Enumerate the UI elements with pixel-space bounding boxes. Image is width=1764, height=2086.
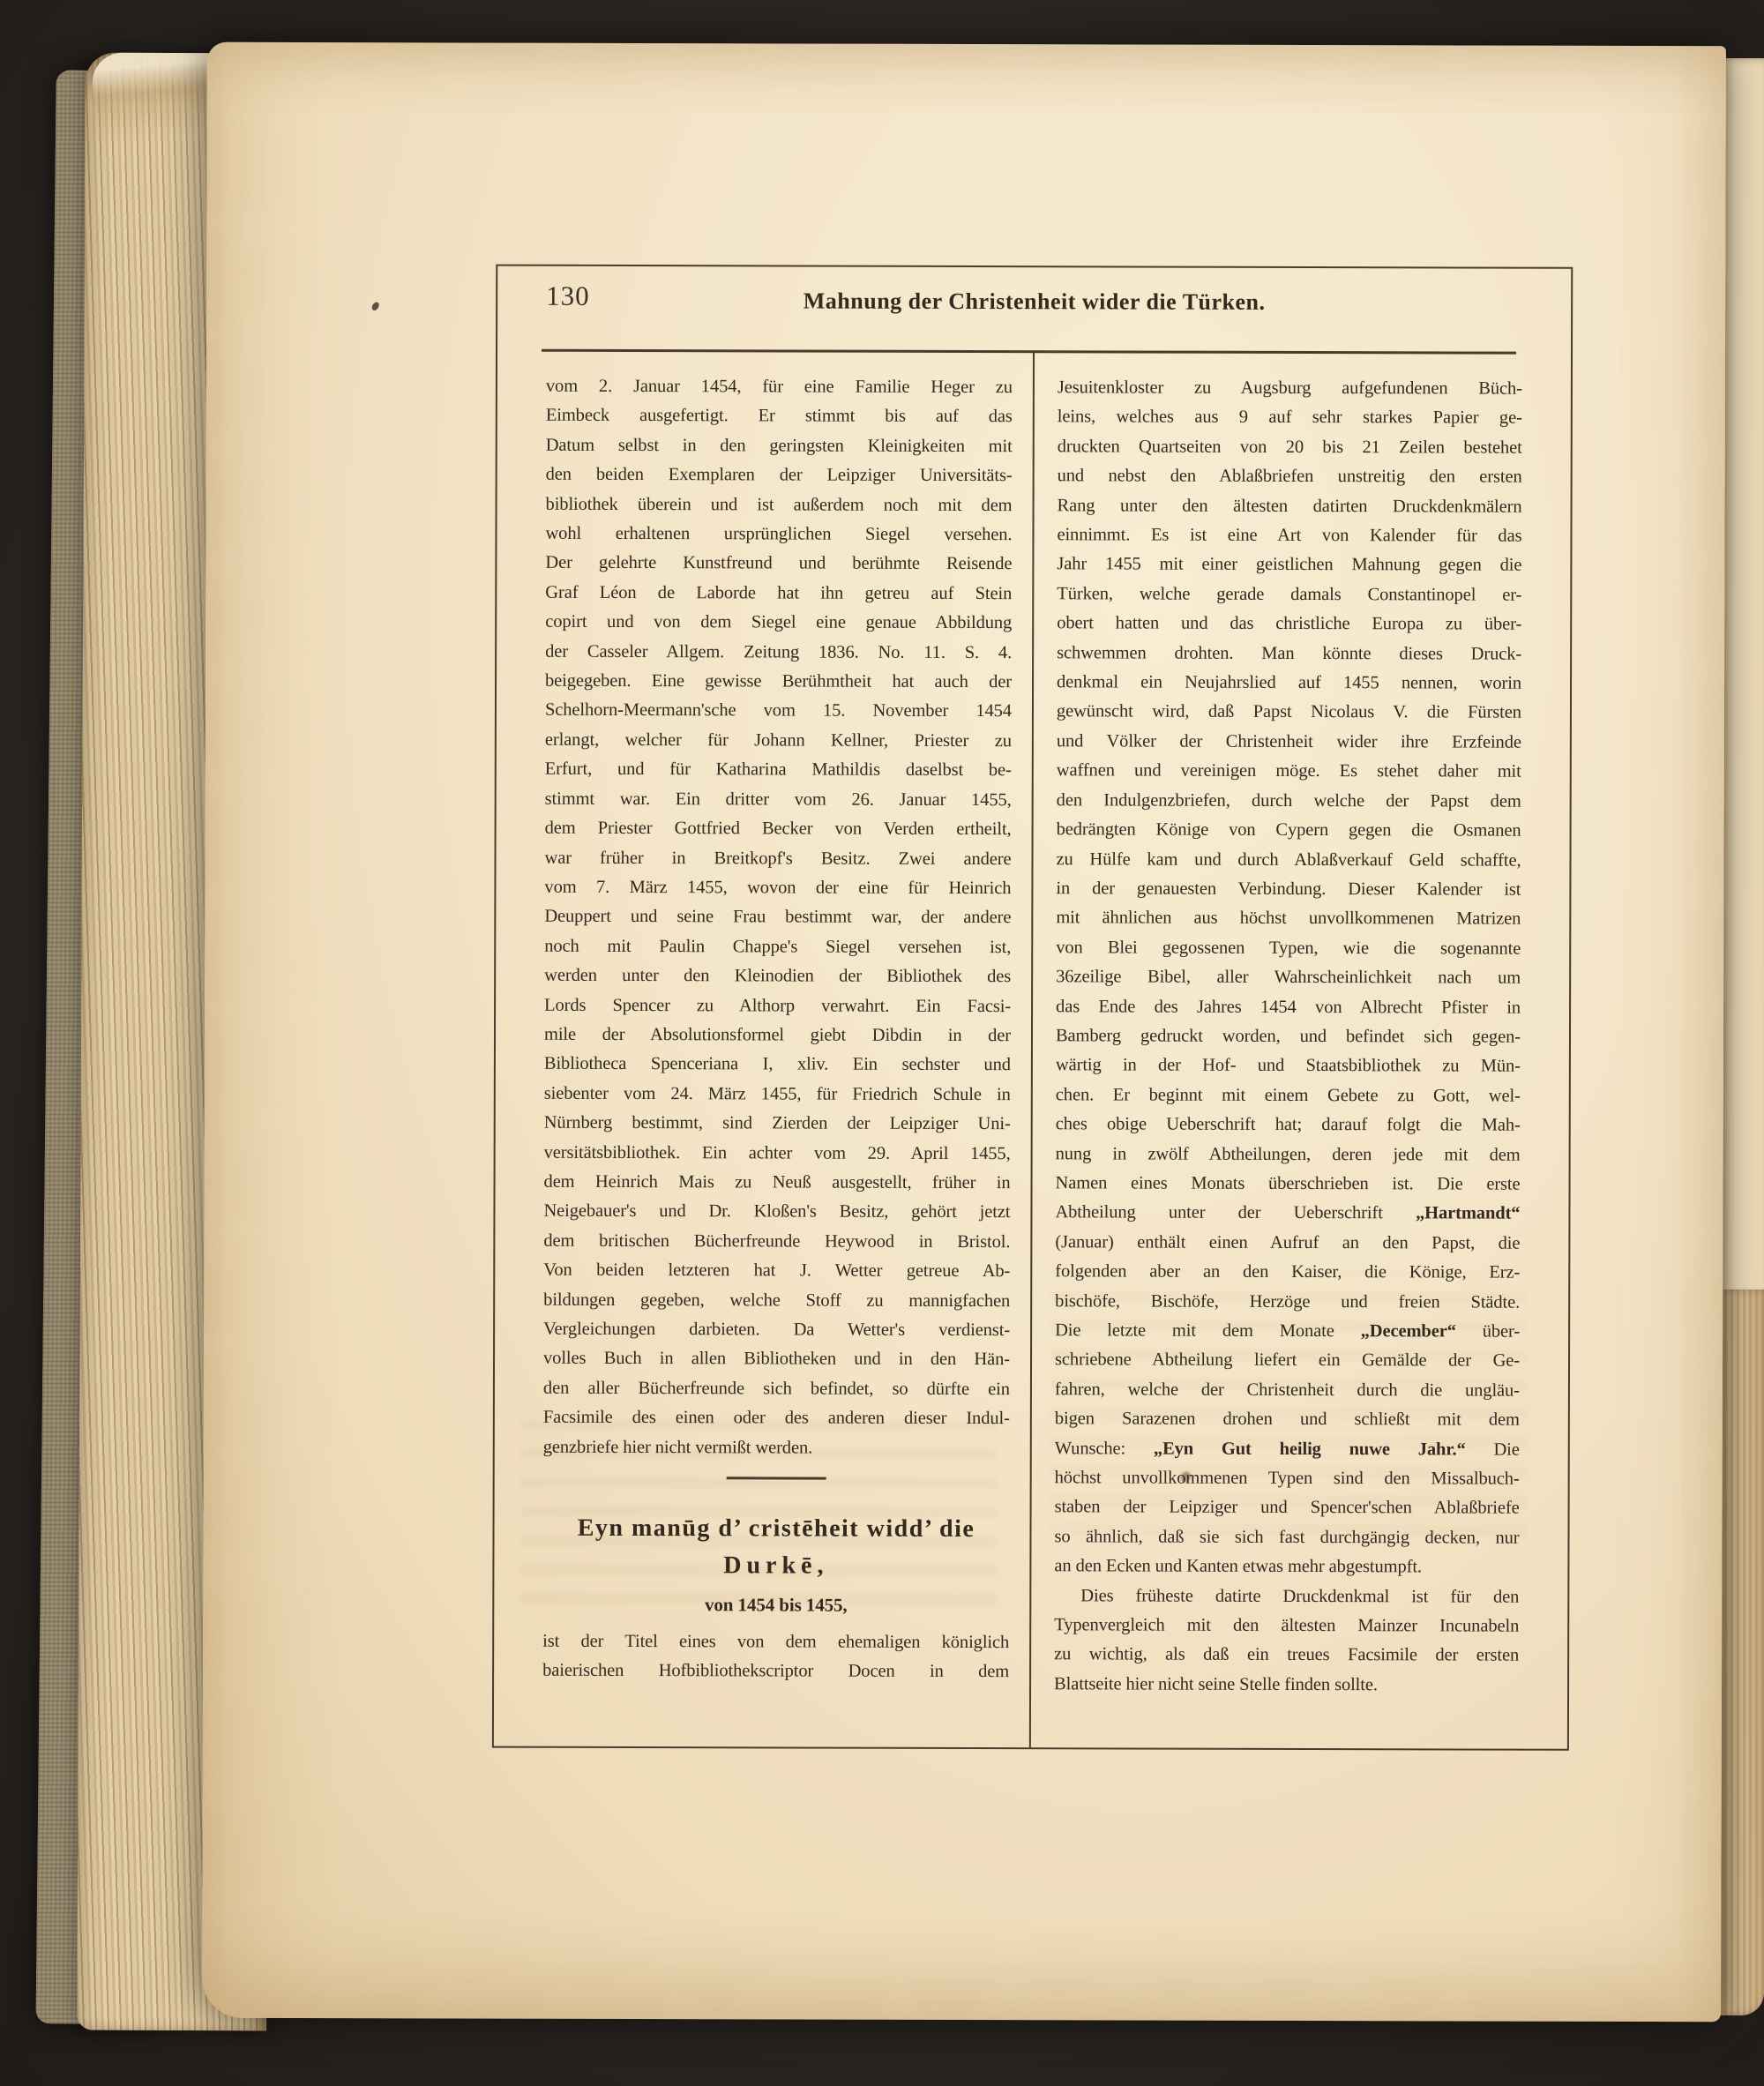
text-line: schriebene Abtheilung liefert ein Gemäld…: [1055, 1346, 1520, 1377]
text-line: und nebst den Ablaßbriefen unstreitig de…: [1058, 461, 1522, 492]
text-line: ist der Titel eines von dem ehemaligen k…: [542, 1627, 1009, 1658]
text-line: Die letzte mit dem Monate „December“ übe…: [1055, 1316, 1520, 1347]
text-line: chen. Er beginnt mit einem Gebete zu Got…: [1056, 1080, 1521, 1111]
text-line: obert hatten und das christliche Europa …: [1057, 609, 1521, 640]
left-column-text: vom 2. Januar 1454, für eine Familie Heg…: [543, 372, 1013, 1463]
text-line: Deuppert und seine Frau bestimmt war, de…: [544, 902, 1011, 933]
text-line: bedrängten Könige von Cypern gegen die O…: [1057, 815, 1521, 846]
text-line: werden unter den Kleinodien der Biblioth…: [544, 961, 1011, 992]
section-title-line2: Durkē,: [542, 1546, 1009, 1586]
text-line: dem britischen Bücherfreunde Heywood in …: [543, 1227, 1010, 1258]
text-line: gewünscht wird, daß Papst Nicolaus V. di…: [1057, 698, 1521, 729]
right-column: Jesuitenkloster zu Augsburg aufgefundene…: [1054, 373, 1522, 1701]
text-line: Dies früheste datirte Druckdenkmal ist f…: [1054, 1581, 1519, 1612]
text-line: wohl erhaltenen ursprünglichen Siegel ve…: [545, 520, 1012, 550]
printed-border-frame: 130 Mahnung der Christenheit wider die T…: [492, 265, 1573, 1751]
text-line: vom 7. März 1455, wovon der eine für Hei…: [544, 873, 1011, 904]
text-line: Neigebauer's und Dr. Kloßen's Besitz, ge…: [543, 1197, 1010, 1228]
text-line: bischöfe, Bischöfe, Herzöge und freien S…: [1055, 1287, 1520, 1318]
text-line: Bibliotheca Spenceriana I, xliv. Ein sec…: [544, 1050, 1011, 1080]
text-line: staben der Leipziger und Spencer'schen A…: [1055, 1493, 1520, 1524]
text-line: versitätsbibliothek. Ein achter vom 29. …: [544, 1138, 1011, 1169]
text-line: höchst unvollkommenen Typen sind den Mis…: [1055, 1463, 1520, 1494]
paragraph: Dies früheste datirte Druckdenkmal ist f…: [1054, 1581, 1519, 1701]
book-page: 130 Mahnung der Christenheit wider die T…: [202, 42, 1726, 2022]
text-line: dem Heinrich Mais zu Neuß ausgestellt, f…: [544, 1168, 1011, 1199]
text-line: druckten Quartseiten von 20 bis 21 Zeile…: [1058, 432, 1522, 463]
paragraph: ist der Titel eines von dem ehemaligen k…: [542, 1627, 1009, 1687]
text-line: Erfurt, und für Katharina Mathildis dase…: [545, 755, 1012, 786]
text-line: Wunsche: „Eyn Gut heilig nuwe Jahr.“ Die: [1055, 1434, 1520, 1465]
text-line: volles Buch in allen Bibliotheken und in…: [543, 1344, 1010, 1375]
text-line: Jahr 1455 mit einer geistlichen Mahnung …: [1057, 550, 1521, 581]
text-line: so ähnlich, daß sie sich fast durchgängi…: [1054, 1522, 1519, 1553]
text-line: vom 2. Januar 1454, für eine Familie Heg…: [546, 372, 1013, 403]
text-line: waffnen und vereinigen möge. Es stehet d…: [1057, 757, 1521, 788]
section-intro-text: ist der Titel eines von dem ehemaligen k…: [542, 1627, 1009, 1687]
text-line: Graf Léon de Laborde hat ihn getreu auf …: [545, 579, 1012, 609]
text-line: Schelhorn-Meermann'sche vom 15. November…: [545, 696, 1012, 727]
text-line: 36zeilige Bibel, aller Wahrscheinlichkei…: [1056, 962, 1521, 993]
text-line: an den Ecken und Kanten etwas mehr abges…: [1054, 1552, 1519, 1583]
text-line: ches obige Ueberschrift hat; darauf folg…: [1056, 1110, 1521, 1140]
text-line: siebenter vom 24. März 1455, für Friedri…: [544, 1080, 1011, 1110]
text-line: Vergleichungen darbieten. Da Wetter's ve…: [543, 1315, 1010, 1346]
text-line: bigen Sarazenen drohen und schließt mit …: [1055, 1404, 1520, 1435]
book-photo: 130 Mahnung der Christenheit wider die T…: [0, 0, 1764, 2086]
text-line: Typenvergleich mit den ältesten Mainzer …: [1054, 1611, 1519, 1641]
text-line: noch mit Paulin Chappe's Siegel versehen…: [544, 931, 1011, 962]
text-line: baierischen Hofbibliothekscriptor Docen …: [542, 1656, 1009, 1687]
text-line: copirt und von dem Siegel eine genaue Ab…: [545, 608, 1012, 639]
text-line: war früher in Breitkopf's Besitz. Zwei a…: [544, 843, 1011, 874]
text-line: das Ende des Jahres 1454 von Albrecht Pf…: [1056, 992, 1521, 1023]
text-line: in der genauesten Verbindung. Dieser Kal…: [1056, 874, 1521, 905]
text-line: folgenden aber an den Kaiser, die Könige…: [1055, 1257, 1520, 1288]
text-line: einnimmt. Es ist eine Art von Kalender f…: [1057, 520, 1521, 551]
text-line: und Völker der Christenheit wider ihre E…: [1057, 727, 1521, 758]
text-line: Bamberg gedruckt worden, und befindet si…: [1056, 1021, 1521, 1052]
column-divider-rule: [1029, 352, 1035, 1747]
text-line: Eimbeck ausgefertigt. Er stimmt bis auf …: [546, 401, 1013, 432]
text-line: von Blei gegossenen Typen, wie die sogen…: [1056, 933, 1521, 964]
text-line: leins, welches aus 9 auf sehr starkes Pa…: [1058, 403, 1522, 434]
text-line: den beiden Exemplaren der Leipziger Univ…: [546, 460, 1013, 491]
left-column: vom 2. Januar 1454, für eine Familie Heg…: [542, 372, 1013, 1687]
ink-speck: [370, 301, 379, 311]
text-line: denkmal ein Neujahrslied auf 1455 nennen…: [1057, 668, 1521, 699]
text-line: bibliothek überein und ist außerdem noch…: [546, 490, 1013, 520]
text-line: Lords Spencer zu Althorp verwahrt. Ein F…: [544, 991, 1011, 1021]
paragraph: Jesuitenkloster zu Augsburg aufgefundene…: [1054, 373, 1522, 1582]
text-line: Der gelehrte Kunstfreund und berühmte Re…: [545, 549, 1012, 579]
text-line: Türken, welche gerade damals Constantino…: [1057, 579, 1521, 610]
running-header: Mahnung der Christenheit wider die Türke…: [497, 288, 1571, 317]
text-line: zu Hülfe kam und durch Ablaßverkauf Geld…: [1056, 845, 1521, 876]
text-line: erlangt, welcher für Johann Kellner, Pri…: [545, 726, 1012, 757]
text-line: der Casseler Allgem. Zeitung 1836. No. 1…: [545, 637, 1012, 668]
text-line: bildungen gegeben, welche Stoff zu manni…: [543, 1285, 1010, 1316]
text-line: Datum selbst in den geringsten Kleinigke…: [546, 431, 1013, 462]
text-line: zu wichtig, als daß ein treues Facsimile…: [1054, 1641, 1519, 1671]
section-subtitle: von 1454 bis 1455,: [542, 1587, 1009, 1623]
text-line: Abtheilung unter der Ueberschrift „Hartm…: [1055, 1199, 1520, 1230]
text-line: mit ähnlichen aus höchst unvollkommenen …: [1056, 904, 1521, 935]
text-line: (Januar) enthält einen Aufruf an den Pap…: [1055, 1228, 1520, 1259]
text-line: stimmt war. Ein dritter vom 26. Januar 1…: [545, 784, 1012, 815]
header-rule: [542, 349, 1516, 355]
text-line: schwemmen drohten. Man könnte dieses Dru…: [1057, 639, 1521, 669]
text-line: Facsimile des einen oder des anderen die…: [543, 1403, 1010, 1434]
text-line: genzbriefe hier nicht vermißt werden.: [543, 1432, 1010, 1463]
text-line: Rang unter den ältesten datirten Druckde…: [1058, 491, 1522, 522]
text-line: nung in zwölf Abtheilungen, deren jede m…: [1056, 1140, 1521, 1170]
text-line: Nürnberg bestimmt, sind Zierden der Leip…: [544, 1109, 1011, 1140]
section-divider-rule: [727, 1477, 826, 1479]
text-line: den aller Bücherfreunde sich befindet, s…: [543, 1374, 1010, 1405]
foredge-sliver-bottom: [1718, 1290, 1764, 2015]
text-line: mile der Absolutionsformel giebt Dibdin …: [544, 1021, 1011, 1051]
right-column-text: Jesuitenkloster zu Augsburg aufgefundene…: [1054, 373, 1522, 1701]
text-line: Jesuitenkloster zu Augsburg aufgefundene…: [1058, 373, 1522, 404]
text-line: Blattseite hier nicht seine Stelle finde…: [1054, 1670, 1519, 1701]
text-line: den Indulgenzbriefen, durch welche der P…: [1057, 786, 1521, 817]
paragraph: vom 2. Januar 1454, für eine Familie Heg…: [543, 372, 1013, 1463]
text-line: Namen eines Monats überschrieben ist. Di…: [1056, 1169, 1521, 1200]
text-line: beigegeben. Eine gewisse Berühmtheit hat…: [545, 667, 1012, 698]
section-title-line1: Eyn manūg d’ cristēheit widd’ die: [542, 1511, 1009, 1547]
text-line: Von beiden letzteren hat J. Wetter getre…: [543, 1256, 1010, 1287]
text-line: fahren, welche der Christenheit durch di…: [1055, 1375, 1520, 1406]
text-line: wärtig in der Hof- und Staatsbibliothek …: [1056, 1051, 1521, 1082]
text-line: dem Priester Gottfried Becker von Verden…: [545, 814, 1012, 845]
